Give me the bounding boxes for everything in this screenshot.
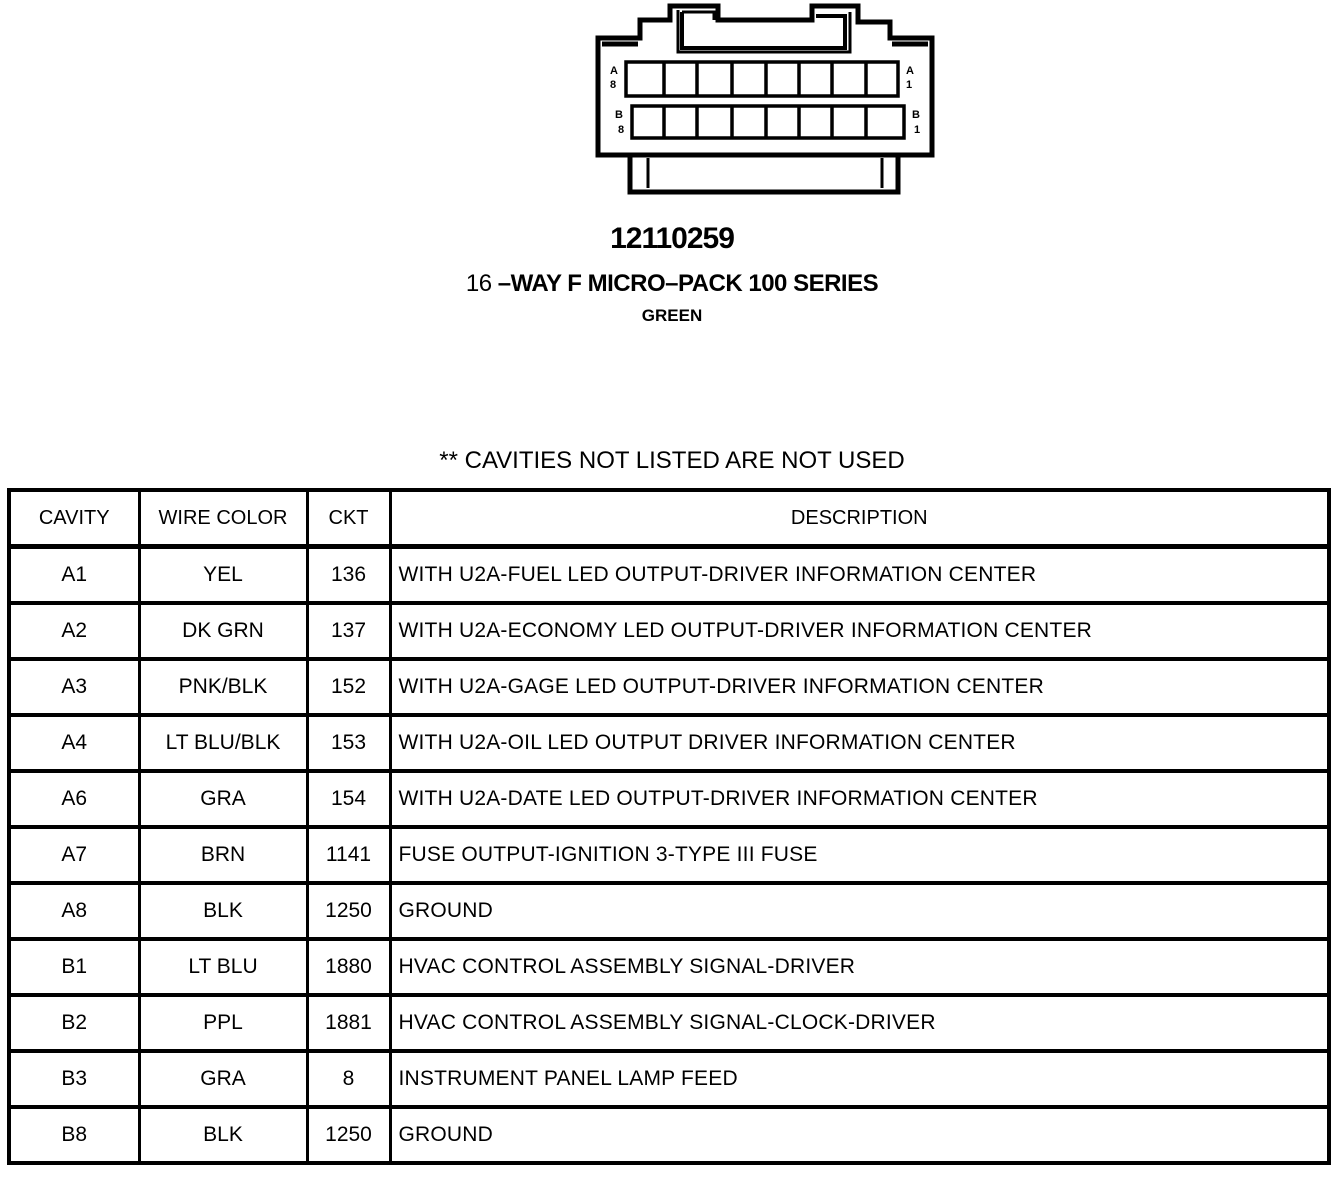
ckt-cell: 1250	[307, 1107, 390, 1163]
description-cell: WITH U2A-GAGE LED OUTPUT-DRIVER INFORMAT…	[390, 659, 1329, 715]
description-cell: GROUND	[390, 883, 1329, 939]
row-a-cavities	[626, 62, 898, 96]
description-cell: HVAC CONTROL ASSEMBLY SIGNAL-CLOCK-DRIVE…	[390, 995, 1329, 1051]
row-b-cavities	[632, 106, 904, 138]
ckt-cell: 1880	[307, 939, 390, 995]
ckt-cell: 136	[307, 547, 390, 604]
cavity-cell: A2	[9, 603, 139, 659]
bottom-rail	[630, 155, 898, 192]
table-row: A6GRA154WITH U2A-DATE LED OUTPUT-DRIVER …	[9, 771, 1329, 827]
ckt-cell: 1250	[307, 883, 390, 939]
description-cell: FUSE OUTPUT-IGNITION 3-TYPE III FUSE	[390, 827, 1329, 883]
connector-face-diagram: A 8 A 1 B 8 B 1	[590, 0, 940, 200]
label-a-left-num: 8	[610, 79, 616, 91]
description-cell: HVAC CONTROL ASSEMBLY SIGNAL-DRIVER	[390, 939, 1329, 995]
unused-cavities-note: ** CAVITIES NOT LISTED ARE NOT USED	[0, 447, 1344, 475]
wire-color-cell: LT BLU	[139, 939, 307, 995]
wire-color-cell: YEL	[139, 547, 307, 604]
ckt-cell: 152	[307, 659, 390, 715]
connector-series: –WAY F MICRO–PACK 100 SERIES	[498, 270, 878, 297]
table-row: A4LT BLU/BLK153WITH U2A-OIL LED OUTPUT D…	[9, 715, 1329, 771]
wire-color-cell: GRA	[139, 771, 307, 827]
cavity-cell: B3	[9, 1051, 139, 1107]
cavity-cell: B1	[9, 939, 139, 995]
wire-color-cell: GRA	[139, 1051, 307, 1107]
wire-color-cell: PNK/BLK	[139, 659, 307, 715]
label-a-right: A	[906, 65, 914, 77]
table-header-row: CAVITY WIRE COLOR CKT DESCRIPTION	[9, 490, 1329, 547]
label-a-left: A	[610, 65, 618, 77]
label-b-right-num: 1	[914, 124, 920, 136]
connector-description: 16 –WAY F MICRO–PACK 100 SERIES	[0, 270, 1344, 298]
table-row: A8BLK1250GROUND	[9, 883, 1329, 939]
label-a-right-num: 1	[906, 79, 912, 91]
ckt-cell: 1141	[307, 827, 390, 883]
cavity-cell: A6	[9, 771, 139, 827]
cavity-cell: A1	[9, 547, 139, 604]
cavity-cell: B8	[9, 1107, 139, 1163]
table-row: B1LT BLU1880HVAC CONTROL ASSEMBLY SIGNAL…	[9, 939, 1329, 995]
pinout-table: CAVITY WIRE COLOR CKT DESCRIPTION A1YEL1…	[7, 488, 1331, 1165]
cavity-cell: A4	[9, 715, 139, 771]
header-ckt: CKT	[307, 490, 390, 547]
label-b-right: B	[912, 109, 920, 121]
wire-color-cell: PPL	[139, 995, 307, 1051]
ckt-cell: 153	[307, 715, 390, 771]
table-row: A2DK GRN137WITH U2A-ECONOMY LED OUTPUT-D…	[9, 603, 1329, 659]
part-number: 12110259	[0, 222, 1344, 256]
way-count: 16	[466, 270, 492, 297]
wire-color-cell: BRN	[139, 827, 307, 883]
cavity-cell: A7	[9, 827, 139, 883]
cavity-cell: A3	[9, 659, 139, 715]
cavity-cell: B2	[9, 995, 139, 1051]
ckt-cell: 137	[307, 603, 390, 659]
table-row: A1YEL136WITH U2A-FUEL LED OUTPUT-DRIVER …	[9, 547, 1329, 604]
wire-color-cell: BLK	[139, 883, 307, 939]
label-b-left-num: 8	[618, 124, 624, 136]
description-cell: WITH U2A-ECONOMY LED OUTPUT-DRIVER INFOR…	[390, 603, 1329, 659]
description-cell: WITH U2A-OIL LED OUTPUT DRIVER INFORMATI…	[390, 715, 1329, 771]
cavity-cell: A8	[9, 883, 139, 939]
description-cell: WITH U2A-FUEL LED OUTPUT-DRIVER INFORMAT…	[390, 547, 1329, 604]
description-cell: INSTRUMENT PANEL LAMP FEED	[390, 1051, 1329, 1107]
table-row: B8BLK1250GROUND	[9, 1107, 1329, 1163]
label-b-left: B	[615, 109, 623, 121]
header-description: DESCRIPTION	[390, 490, 1329, 547]
description-cell: WITH U2A-DATE LED OUTPUT-DRIVER INFORMAT…	[390, 771, 1329, 827]
wire-color-cell: LT BLU/BLK	[139, 715, 307, 771]
table-row: B3GRA8INSTRUMENT PANEL LAMP FEED	[9, 1051, 1329, 1107]
table-row: A7BRN1141FUSE OUTPUT-IGNITION 3-TYPE III…	[9, 827, 1329, 883]
ckt-cell: 8	[307, 1051, 390, 1107]
header-wire-color: WIRE COLOR	[139, 490, 307, 547]
table-row: B2PPL1881HVAC CONTROL ASSEMBLY SIGNAL-CL…	[9, 995, 1329, 1051]
wire-color-cell: BLK	[139, 1107, 307, 1163]
description-cell: GROUND	[390, 1107, 1329, 1163]
table-row: A3PNK/BLK152WITH U2A-GAGE LED OUTPUT-DRI…	[9, 659, 1329, 715]
ckt-cell: 154	[307, 771, 390, 827]
wire-color-cell: DK GRN	[139, 603, 307, 659]
connector-color: GREEN	[0, 306, 1344, 326]
ckt-cell: 1881	[307, 995, 390, 1051]
header-cavity: CAVITY	[9, 490, 139, 547]
